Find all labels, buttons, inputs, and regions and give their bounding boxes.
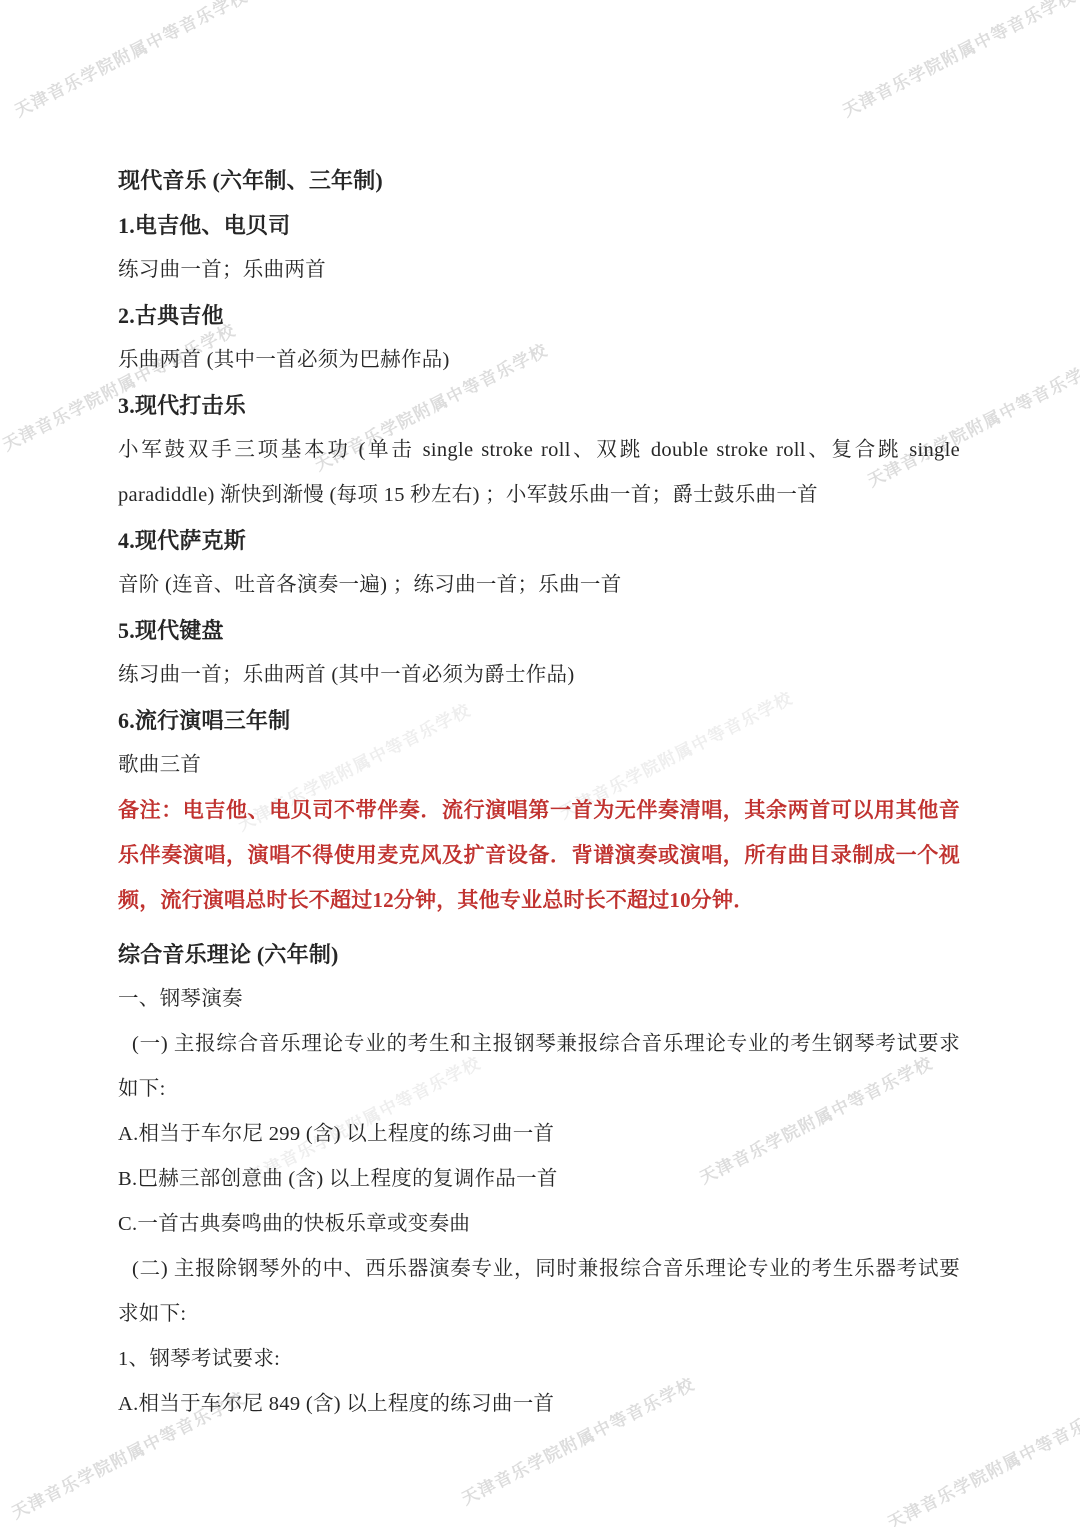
heading-modern-sax: 4.现代萨克斯 xyxy=(118,518,960,563)
body-paragraph: (一) 主报综合音乐理论专业的考生和主报钢琴兼报综合音乐理论专业的考生钢琴考试要… xyxy=(118,1022,960,1112)
document-page: 天津音乐学院附属中等音乐学校天津音乐学院附属中等音乐学校天津音乐学院附属中等音乐… xyxy=(0,0,1080,1527)
heading-modern-music: 现代音乐 (六年制、三年制) xyxy=(118,158,960,203)
heading-modern-percussion: 3.现代打击乐 xyxy=(118,383,960,428)
heading-modern-keyboard: 5.现代键盘 xyxy=(118,608,960,653)
body-paragraph: 小军鼓双手三项基本功 (单击 single stroke roll、双跳 dou… xyxy=(118,428,960,518)
heading-classical-guitar: 2.古典吉他 xyxy=(118,293,960,338)
body-line: A.相当于车尔尼 849 (含) 以上程度的练习曲一首 xyxy=(118,1382,960,1427)
body-line: A.相当于车尔尼 299 (含) 以上程度的练习曲一首 xyxy=(118,1112,960,1157)
body-line: 练习曲一首；乐曲两首 (其中一首必须为爵士作品) xyxy=(118,653,960,698)
heading-music-theory: 综合音乐理论 (六年制) xyxy=(118,932,960,977)
body-line: C.一首古典奏鸣曲的快板乐章或变奏曲 xyxy=(118,1202,960,1247)
body-line: 练习曲一首；乐曲两首 xyxy=(118,248,960,293)
body-paragraph: (二) 主报除钢琴外的中、西乐器演奏专业，同时兼报综合音乐理论专业的考生乐器考试… xyxy=(118,1247,960,1337)
body-line: B.巴赫三部创意曲 (含) 以上程度的复调作品一首 xyxy=(118,1157,960,1202)
body-line: 乐曲两首 (其中一首必须为巴赫作品) xyxy=(118,338,960,383)
body-line: 歌曲三首 xyxy=(118,743,960,788)
heading-pop-vocal: 6.流行演唱三年制 xyxy=(118,698,960,743)
heading-electric-guitar: 1.电吉他、电贝司 xyxy=(118,203,960,248)
body-line: 音阶 (连音、吐音各演奏一遍) ；练习曲一首；乐曲一首 xyxy=(118,563,960,608)
body-line: 一、钢琴演奏 xyxy=(118,977,960,1022)
watermark-text: 天津音乐学院附属中等音乐学校 xyxy=(9,0,251,122)
body-line: 1、钢琴考试要求: xyxy=(118,1337,960,1382)
remark-paragraph: 备注：电吉他、电贝司不带伴奏．流行演唱第一首为无伴奏清唱，其余两首可以用其他音乐… xyxy=(118,788,960,923)
watermark-text: 天津音乐学院附属中等音乐学校 xyxy=(837,0,1079,122)
document-body: 现代音乐 (六年制、三年制)1.电吉他、电贝司练习曲一首；乐曲两首2.古典吉他乐… xyxy=(118,158,960,1427)
